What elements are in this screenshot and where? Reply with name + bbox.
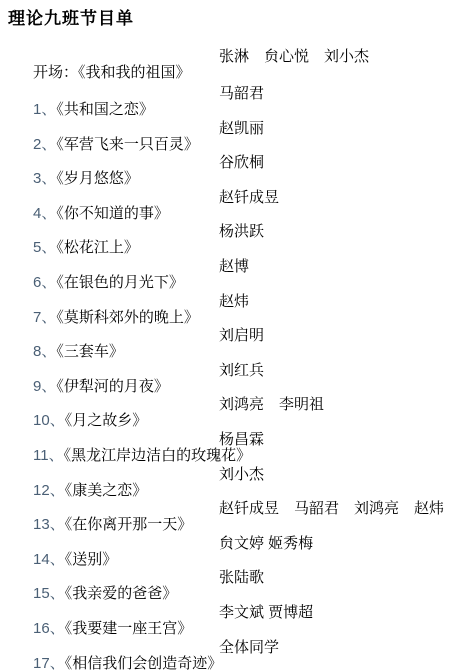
performers: 李文斌 贾博超: [219, 605, 313, 621]
program-row: 8、《三套车》 刘启明: [8, 328, 465, 344]
page-title: 理论九班节目单: [0, 0, 465, 29]
program-number: 10、: [33, 412, 65, 429]
program-row: 12、《康美之恋》 刘小杰: [8, 467, 465, 483]
opening-label: 开场：: [33, 64, 78, 81]
performers: 张陆歌: [219, 570, 264, 586]
program-number: 1、: [33, 101, 56, 118]
program-row: 1、《共和国之恋》 马韶君: [8, 86, 465, 102]
song-title: 《送别》: [65, 551, 118, 568]
song-title: 《伊犁河的月夜》: [56, 378, 169, 395]
song-title: 《我和我的祖国》: [78, 64, 191, 81]
performers: 杨洪跃: [219, 224, 264, 240]
program-number: 2、: [33, 136, 56, 153]
program-row: 13、《在你离开那一天》 赵钎成昱 马韶君 刘鸿亮 赵炜: [8, 501, 465, 517]
performers: 张淋 贠心悦 刘小杰: [219, 49, 369, 65]
song-title: 《共和国之恋》: [56, 101, 154, 118]
program-row: 15、《我亲爱的爸爸》 张陆歌: [8, 570, 465, 586]
program-number: 5、: [33, 239, 56, 256]
program-row: 9、《伊犁河的月夜》 刘红兵: [8, 363, 465, 379]
program-row: 3、《岁月悠悠》 谷欣桐: [8, 155, 465, 171]
program-row: 10、《月之故乡》 刘鸿亮 李明祖: [8, 397, 465, 413]
performers: 马韶君: [219, 86, 264, 102]
program-number: 11、: [33, 447, 64, 464]
song-title: 《黑龙江岸边洁白的玫瑰花》: [64, 447, 252, 464]
song-title: 《在银色的月光下》: [56, 274, 184, 291]
program-row: 14、《送别》 贠文婷 姬秀梅: [8, 536, 465, 552]
song-title: 《在你离开那一天》: [65, 516, 193, 533]
performers: 杨昌霖: [219, 432, 264, 448]
song-title: 《月之故乡》: [65, 412, 148, 429]
performers: 贠文婷 姬秀梅: [219, 536, 313, 552]
program-number: 6、: [33, 274, 56, 291]
song-title: 《莫斯科郊外的晚上》: [56, 309, 199, 326]
performers: 赵钎成昱: [219, 190, 279, 206]
performers: 赵凯丽: [219, 121, 264, 137]
program-number: 15、: [33, 585, 65, 602]
performers: 赵炜: [219, 294, 249, 310]
song-title: 《军营飞来一只百灵》: [56, 136, 199, 153]
opening-row: 开场：《我和我的祖国》 张淋 贠心悦 刘小杰: [8, 49, 465, 65]
song-title: 《松花江上》: [56, 239, 139, 256]
performers: 谷欣桐: [219, 155, 264, 171]
program-number: 13、: [33, 516, 65, 533]
program-number: 4、: [33, 205, 56, 222]
program-row: 16、《我要建一座王宫》 李文斌 贾博超: [8, 605, 465, 621]
performers: 刘启明: [219, 328, 264, 344]
song-title: 《岁月悠悠》: [56, 170, 139, 187]
program-number: 9、: [33, 378, 56, 395]
program-list: 开场：《我和我的祖国》 张淋 贠心悦 刘小杰 1、《共和国之恋》 马韶君 2、《…: [0, 49, 465, 656]
program-document: 理论九班节目单 开场：《我和我的祖国》 张淋 贠心悦 刘小杰 1、《共和国之恋》…: [0, 0, 465, 672]
program-number: 7、: [33, 309, 56, 326]
performers: 全体同学: [219, 640, 279, 656]
performers: 刘鸿亮 李明祖: [219, 397, 324, 413]
performers: 赵钎成昱 马韶君 刘鸿亮 赵炜: [219, 501, 444, 517]
program-number: 16、: [33, 620, 65, 637]
song-title: 《你不知道的事》: [56, 205, 169, 222]
song-title: 《康美之恋》: [65, 482, 148, 499]
program-number: 14、: [33, 551, 65, 568]
program-row: 17、《相信我们会创造奇迹》 全体同学: [8, 640, 465, 656]
program-row: 7、《莫斯科郊外的晚上》 赵炜: [8, 294, 465, 310]
program-number: 12、: [33, 482, 65, 499]
program-row: 2、《军营飞来一只百灵》 赵凯丽: [8, 121, 465, 137]
performers: 刘小杰: [219, 467, 264, 483]
song-title: 《三套车》: [56, 343, 124, 360]
song-title: 《我要建一座王宫》: [65, 620, 193, 637]
song-title: 《我亲爱的爸爸》: [65, 585, 178, 602]
program-number: 3、: [33, 170, 56, 187]
performers: 刘红兵: [219, 363, 264, 379]
program-number: 8、: [33, 343, 56, 360]
program-row: 11、《黑龙江岸边洁白的玫瑰花》 杨昌霖: [8, 432, 465, 448]
program-row: 5、《松花江上》 杨洪跃: [8, 224, 465, 240]
performers: 赵博: [219, 259, 249, 275]
program-row: 4、《你不知道的事》 赵钎成昱: [8, 190, 465, 206]
program-row: 6、《在银色的月光下》 赵博: [8, 259, 465, 275]
song-title: 《相信我们会创造奇迹》: [65, 655, 223, 672]
program-number: 17、: [33, 655, 65, 672]
